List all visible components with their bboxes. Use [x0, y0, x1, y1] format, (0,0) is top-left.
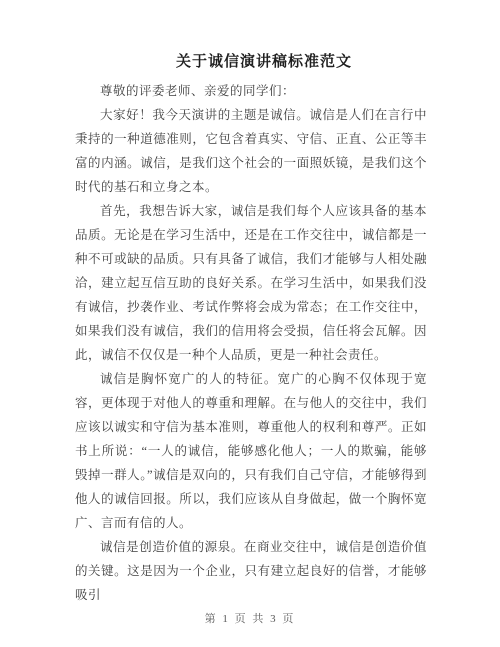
paragraph-basic-quality: 首先，我想告诉大家，诚信是我们每个人应该具备的基本品质。无论是在学习生活中，还是…	[75, 199, 427, 367]
paragraph-value-creation: 诚信是创造价值的源泉。在商业交往中，诚信是创造价值的关键。这是因为一个企业，只有…	[75, 535, 427, 607]
page-number-footer: 第 1 页 共 3 页	[0, 613, 500, 625]
document-body: 尊敬的评委老师、亲爱的同学们： 大家好！我今天演讲的主题是诚信。诚信是人们在言行…	[75, 79, 427, 607]
document-title: 关于诚信演讲稿标准范文	[0, 50, 500, 75]
document-page: 关于诚信演讲稿标准范文 尊敬的评委老师、亲爱的同学们： 大家好！我今天演讲的主题…	[0, 0, 500, 647]
greeting-line: 尊敬的评委老师、亲爱的同学们：	[75, 79, 427, 103]
paragraph-broad-mind: 诚信是胸怀宽广的人的特征。宽广的心胸不仅体现于宽容，更体现于对他人的尊重和理解。…	[75, 367, 427, 535]
paragraph-opening: 大家好！我今天演讲的主题是诚信。诚信是人们在言行中秉持的一种道德准则，它包含着真…	[75, 103, 427, 199]
